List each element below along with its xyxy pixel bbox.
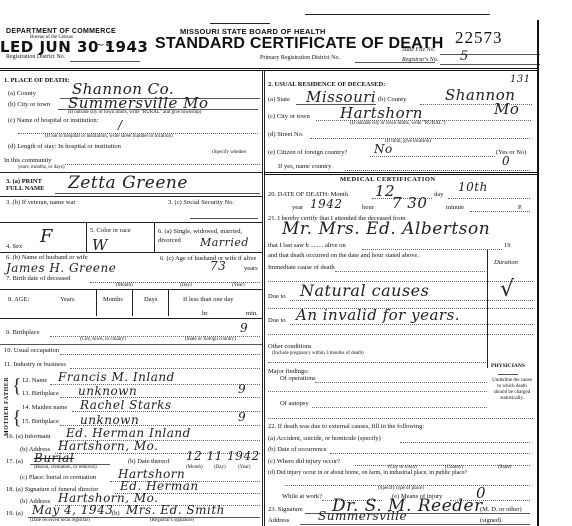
registration-district-label: Registration District No. (6, 54, 65, 60)
full-name-label: 3. (a) PRINT FULL NAME (6, 178, 46, 192)
age-days-header: Days (144, 296, 157, 303)
age-hr-label: hr. (202, 310, 209, 317)
center-divider (264, 70, 265, 526)
physician-signature-label: 23. Signature (268, 506, 303, 513)
birth-month-sub: (Month) (116, 283, 133, 288)
other-conditions-label: Other conditions (268, 343, 312, 350)
header-divider (0, 68, 537, 71)
informant-value: Ed. Herman Inland (66, 426, 191, 440)
while-at-work-label: While at work? (282, 493, 322, 500)
accident-label: (a) Accident, suicide, or homicide (spec… (268, 435, 381, 442)
burial-day-sub: (Day) (214, 465, 226, 470)
due-to-2-value: An invalid for years. (296, 306, 460, 324)
county-label: (a) County (8, 90, 36, 97)
physicians-label: PHYSICIANS (491, 363, 525, 369)
findings-line (268, 391, 487, 392)
death-minute-mark: P. (518, 204, 523, 211)
major-findings-label: Major findings: (268, 368, 309, 375)
stamp-scribble: ~< (96, 40, 114, 51)
header-rule (305, 14, 490, 15)
operation-label: Of operations (280, 375, 316, 382)
death-hour-label: hour (362, 204, 374, 211)
certificate-title: STANDARD CERTIFICATE OF DEATH (155, 35, 443, 53)
right-border (537, 20, 539, 526)
hospital-label: (c) Name of hospital or institution: (8, 117, 98, 124)
last-saw-label: that I last saw h ........ alive on (268, 242, 346, 249)
state-file-number: 22573 (455, 28, 503, 48)
section-divider (0, 344, 262, 345)
center-divider-2 (262, 70, 263, 526)
residence-state-label: (a) State (268, 96, 290, 103)
due-to-1-value: Natural causes (300, 281, 429, 300)
divider (154, 222, 155, 252)
due-to-2-label: Due to (268, 317, 286, 324)
father-side-label: FATHER (4, 374, 10, 404)
residence-city-extra: Mo (494, 100, 519, 118)
burial-date-value: 12 11 1942 (186, 449, 260, 463)
city-note: (If outside city or town limits, write "… (68, 110, 201, 115)
physician-address-label: Address (268, 517, 289, 524)
community-label: In this community (4, 157, 52, 164)
place-of-death-heading: 1. PLACE OF DEATH: (4, 77, 69, 84)
marital-value: Married (200, 236, 249, 249)
sex-label: 4. Sex (6, 243, 22, 250)
father-brace: { (12, 376, 22, 396)
age-label: 8. AGE: (8, 296, 29, 303)
physician-address-value: Summersville (318, 509, 407, 523)
section-divider (0, 222, 262, 223)
burial-date-label: (b) Date thereof (128, 458, 170, 465)
hospital-value: / (118, 118, 123, 132)
other-conditions-line (268, 362, 486, 363)
divider (86, 222, 87, 252)
residence-corner-mark: 131 (510, 74, 531, 85)
occupation-label: 10. Usual occupation (4, 347, 59, 354)
place-type-note: (Specify type of place) (378, 486, 424, 491)
other-conditions-note: (Include pregnancy within 3 months of de… (272, 351, 364, 356)
stay-note: (Specify whether (212, 150, 246, 155)
residence-street-label: (d) Street No. (268, 131, 304, 138)
filed-line (28, 517, 260, 518)
occurrence-date-label: (b) Date of occurrence (268, 446, 327, 453)
department-label: DEPARTMENT OF COMMERCE (6, 28, 116, 35)
registrar-label: Registrar's No. (402, 57, 438, 63)
foreign-country-line (345, 170, 530, 171)
residence-county-label: (b) County (378, 96, 406, 103)
registration-district-line (70, 61, 140, 62)
birth-date-label: 7. Birth date of deceased (6, 275, 70, 282)
father-name-value: Francis M. Inland (58, 370, 175, 384)
filed-date-value: May 4, 1943 (32, 503, 113, 517)
death-minute-label: minute (446, 204, 464, 211)
father-name-label: 12. Name (22, 377, 47, 384)
spouse-label: 6. (b) Name of husband or wife (6, 254, 88, 261)
community-line (65, 164, 260, 165)
citizen-note: (Yes or No) (496, 149, 526, 156)
occurrence-date-line (330, 453, 530, 454)
age-months-header: Months (103, 296, 123, 303)
death-hour-value: 7 30 (392, 194, 427, 212)
section-divider (0, 318, 262, 319)
full-name-line (55, 193, 260, 194)
injury-where-label: (c) Where did injury occur? (268, 458, 340, 465)
immediate-cause-line (335, 271, 485, 272)
burial-year-sub: (Year) (238, 465, 251, 470)
age-less-than-day-header: If less than one day (183, 296, 234, 303)
birth-year-sub: (Year) (232, 283, 245, 288)
birth-day-sub: (Day) (180, 283, 192, 288)
divider (96, 289, 97, 316)
due-to-1-label: Due to (268, 293, 286, 300)
industry-line (70, 368, 260, 369)
veteran-label: 3. (b) If veteran, name war (6, 199, 75, 206)
section-divider (0, 289, 262, 290)
father-birthplace-mark: 9 (238, 382, 246, 396)
foreign-country-label: If yes, name country (278, 163, 331, 170)
burial-sub: (Burial, cremation, or removal) (34, 465, 97, 470)
death-day-label: day (434, 191, 443, 198)
injury-state-sub: (State) (498, 465, 511, 470)
industry-label: 11. Industry or business (4, 361, 66, 368)
external-causes-label: 22. If death was due to external causes,… (268, 423, 424, 430)
checkmark-icon: √ (500, 277, 515, 302)
duration-column-divider (487, 250, 488, 368)
death-year-value: 1942 (310, 197, 343, 211)
findings-line (268, 418, 533, 419)
residence-city-label: (c) City or town (268, 113, 310, 120)
spouse-age-value: 73 (210, 259, 226, 273)
death-occurred-statement: and that death occurred on the date and … (268, 252, 419, 259)
mother-birthplace-mark: 9 (238, 410, 246, 424)
filed-date-sub: (Date received local registrar) (30, 518, 90, 523)
age-min-label: min. (246, 310, 258, 317)
last-saw-year: 19 (504, 242, 511, 249)
mother-brace: { (12, 408, 22, 428)
full-name-value: Zetta Greene (68, 173, 188, 193)
burial-label: 17. (a) (6, 458, 23, 465)
due-to-1-line (290, 300, 533, 301)
physician-signature-suffix: (M. D. or other) (480, 506, 522, 513)
birthplace-label: 9. Birthplace (6, 329, 40, 336)
operation-line (315, 382, 487, 383)
ssn-line (190, 218, 258, 219)
registrar-signature-sub: (Registrar's signature) (150, 518, 194, 523)
autopsy-label: Of autopsy (280, 400, 309, 407)
death-minute-line (470, 211, 530, 212)
hospital-note: (If not in hospital or institution, writ… (45, 134, 173, 139)
accident-line (400, 442, 530, 443)
immediate-cause-label: Immediate cause of death (268, 264, 335, 271)
mother-maiden-line (72, 411, 260, 412)
spouse-value: James H. Greene (6, 261, 116, 275)
death-day-line (448, 198, 530, 199)
registrar-number: 5 (460, 49, 469, 64)
community-note: years, months, or days) (18, 165, 65, 170)
registrar-signature-value: Mrs. Ed. Smith (126, 503, 225, 517)
registrar-line (440, 64, 540, 65)
registrar-signature-label: (b) (112, 510, 120, 517)
physicians-note: Underline the cause to which death shoul… (490, 378, 534, 402)
section-divider (0, 252, 262, 253)
citizen-label: (e) Citizen of foreign country? (268, 149, 347, 156)
citizen-line (370, 156, 495, 157)
section-divider (0, 196, 262, 197)
mother-side-label: MOTHER (4, 406, 10, 436)
injury-home-label: (d) Did injury occur in or about home, o… (268, 470, 467, 476)
spouse-age-unit: years (244, 265, 258, 272)
ssn-label: 3. (c) Social Security No. (168, 199, 234, 206)
physician-address-suffix: (signed) (480, 517, 501, 524)
divider (132, 289, 133, 316)
residence-heading: 2. USUAL RESIDENCE OF DECEASED: (268, 81, 385, 88)
mother-maiden-label: 14. Maiden name (22, 404, 67, 411)
burial-month-sub: (Month) (186, 465, 203, 470)
foreign-country-mark: 0 (502, 154, 510, 168)
primary-district-label: Primary Registration District No. (260, 55, 340, 61)
birthplace-value: 9 (240, 321, 248, 335)
death-day-value: 10th (458, 180, 488, 194)
state-file-line (440, 54, 540, 55)
informant-label: 16. (a) Informant (6, 433, 51, 440)
mother-birthplace-label: 15. Birthplace (22, 418, 59, 425)
cause-line (268, 334, 533, 335)
duration-label: Duration (494, 259, 518, 266)
attended-value: Mr. Mrs. Ed. Albertson (282, 219, 490, 239)
burial-value: Burial (34, 451, 74, 465)
father-birthplace-label: 13. Birthplace (22, 390, 59, 397)
death-year-label: year (292, 204, 303, 211)
due-to-2-line (290, 324, 533, 325)
occupation-line (60, 354, 260, 355)
divider (168, 289, 169, 316)
stay-label: (d) Length of stay: In hospital or insti… (8, 143, 121, 150)
filed-date-label: 19. (a) (6, 510, 23, 517)
physicians-rule (498, 374, 518, 375)
last-saw-line (362, 249, 502, 250)
mother-maiden-value: Rachel Starks (80, 398, 172, 412)
autopsy-line (312, 407, 487, 408)
birthplace-city-sub: (City, town, or county) (80, 337, 126, 342)
city-label: (b) City or town (8, 101, 50, 108)
age-years-header: Years (60, 296, 75, 303)
residence-city-note: (If outside city or town limits, write "… (350, 121, 445, 126)
citizen-value: No (374, 142, 393, 156)
physician-address-line (300, 524, 530, 525)
father-birthplace-value: unknown (78, 384, 137, 398)
color-label: 5. Color or race (90, 227, 131, 234)
section-divider (264, 172, 537, 175)
burial-place-label: (c) Place: burial or cremation (20, 474, 96, 481)
header-rule (210, 23, 270, 24)
birthplace-state-sub: (State or foreign country) (185, 337, 236, 342)
sex-value: F (40, 226, 53, 247)
state-file-label: State File No. (402, 47, 435, 53)
